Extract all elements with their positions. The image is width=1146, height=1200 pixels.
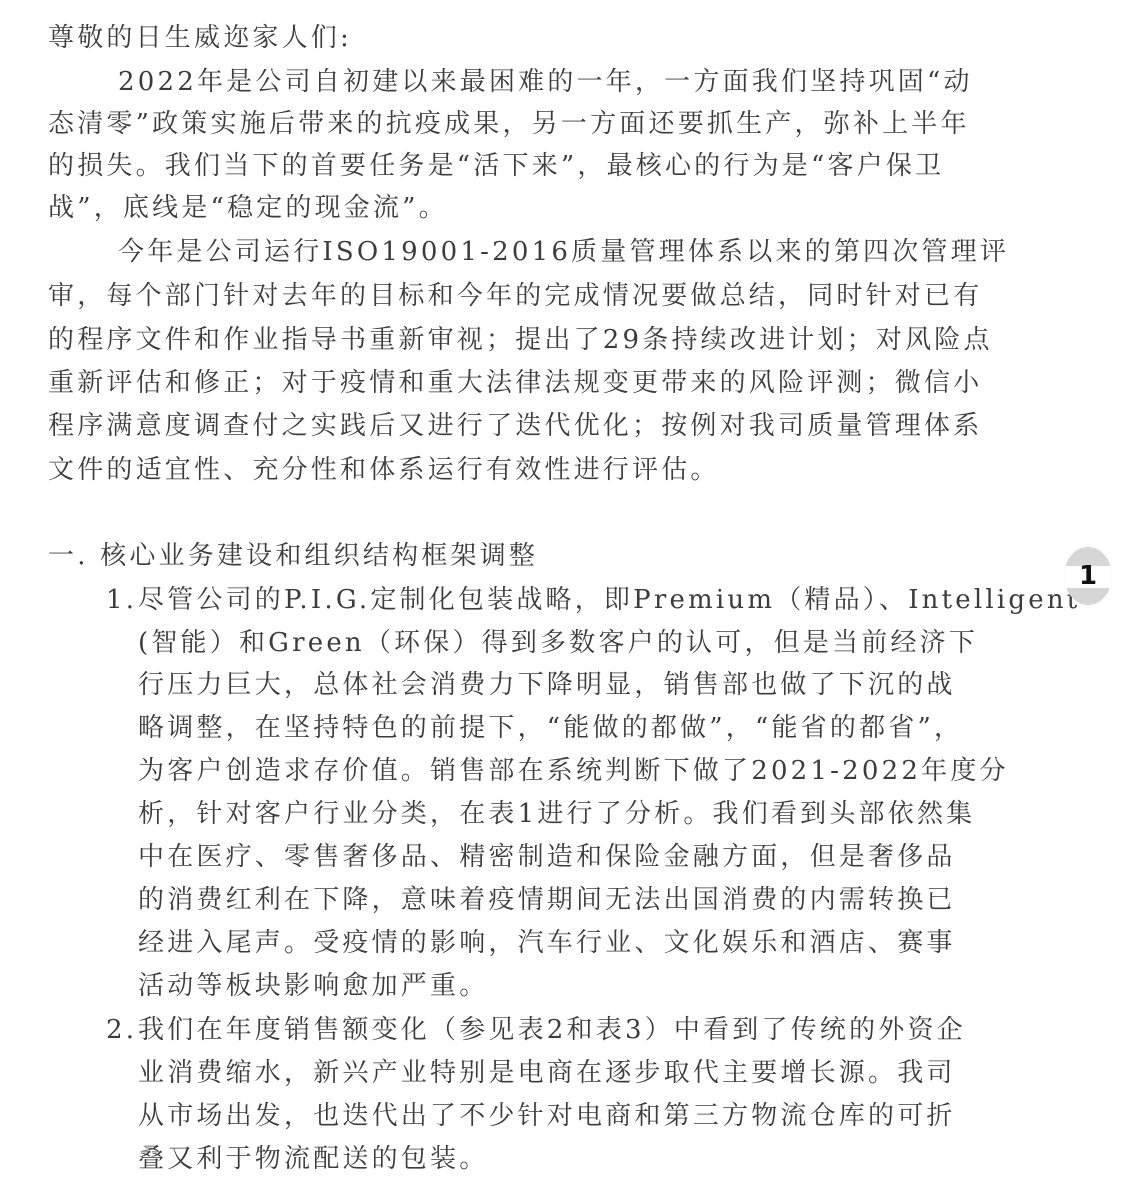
greeting: 尊敬的日生威迩家人们: <box>48 18 352 58</box>
list-item-number: 1. <box>106 580 137 620</box>
list-item-line: 略调整，在坚持特色的前提下，“能做的都做”，“能省的都省”， <box>138 708 963 748</box>
paragraph-line: 2022年是公司自初建以来最困难的一年，一方面我们坚持巩固“动 <box>118 62 973 102</box>
list-item-line: 行压力巨大，总体社会消费力下降明显，销售部也做了下沉的战 <box>138 665 956 705</box>
paragraph-line: 文件的适宜性、充分性和体系运行有效性进行评估。 <box>48 450 720 490</box>
page-number: 1 <box>1064 561 1112 591</box>
list-item-number: 2. <box>106 1010 137 1050</box>
list-item-line: 析，针对客户行业分类，在表1进行了分析。我们看到头部依然集 <box>138 794 975 834</box>
list-item-line: 经进入尾声。受疫情的影响，汽车行业、文化娱乐和酒店、赛事 <box>138 923 956 963</box>
paragraph-line: 程序满意度调查付之实践后又进行了迭代优化；按例对我司质量管理体系 <box>48 406 982 446</box>
document-page: 尊敬的日生威迩家人们: 2022年是公司自初建以来最困难的一年，一方面我们坚持巩… <box>0 0 1146 1200</box>
list-item-line: 从市场出发，也迭代出了不少针对电商和第三方物流仓库的可折 <box>138 1096 956 1136</box>
list-item-line: 叠又利于物流配送的包装。 <box>138 1139 488 1179</box>
list-item-line: 我们在年度销售额变化（参见表2和表3）中看到了传统的外资企 <box>138 1010 966 1050</box>
paragraph-line: 的损失。我们当下的首要任务是“活下来”，最核心的行为是“客户保卫 <box>48 146 944 186</box>
list-item-line: 的消费红利在下降，意味着疫情期间无法出国消费的内需转换已 <box>138 880 956 920</box>
paragraph-line: 重新评估和修正；对于疫情和重大法律法规变更带来的风险评测；微信小 <box>48 363 982 403</box>
paragraph-line: 审，每个部门针对去年的目标和今年的完成情况要做总结，同时针对已有 <box>48 276 982 316</box>
list-item-line: 尽管公司的P.I.G.定制化包装战略，即Premium（精品）、Intellig… <box>138 580 1080 620</box>
list-item-line: 活动等板块影响愈加严重。 <box>138 966 488 1006</box>
list-item-line: 业消费缩水，新兴产业特别是电商在逐步取代主要增长源。我司 <box>138 1053 956 1093</box>
list-item-line: 为客户创造求存价值。销售部在系统判断下做了2021-2022年度分 <box>138 751 1009 791</box>
paragraph-line: 今年是公司运行ISO19001-2016质量管理体系以来的第四次管理评 <box>118 232 1009 272</box>
page-number-marker: 1 <box>1064 547 1112 605</box>
list-item-line: 中在医疗、零售奢侈品、精密制造和保险金融方面，但是奢侈品 <box>138 837 956 877</box>
list-item-line: (智能）和Green（环保）得到多数客户的认可，但是当前经济下 <box>138 623 978 663</box>
paragraph-line: 的程序文件和作业指导书重新审视；提出了29条持续改进计划；对风险点 <box>48 320 993 360</box>
paragraph-line: 态清零”政策实施后带来的抗疫成果，另一方面还要抓生产，弥补上半年 <box>48 104 970 144</box>
section-heading: 一. 核心业务建设和组织结构框架调整 <box>48 536 538 576</box>
paragraph-line: 战”，底线是“稳定的现金流”。 <box>48 188 448 228</box>
